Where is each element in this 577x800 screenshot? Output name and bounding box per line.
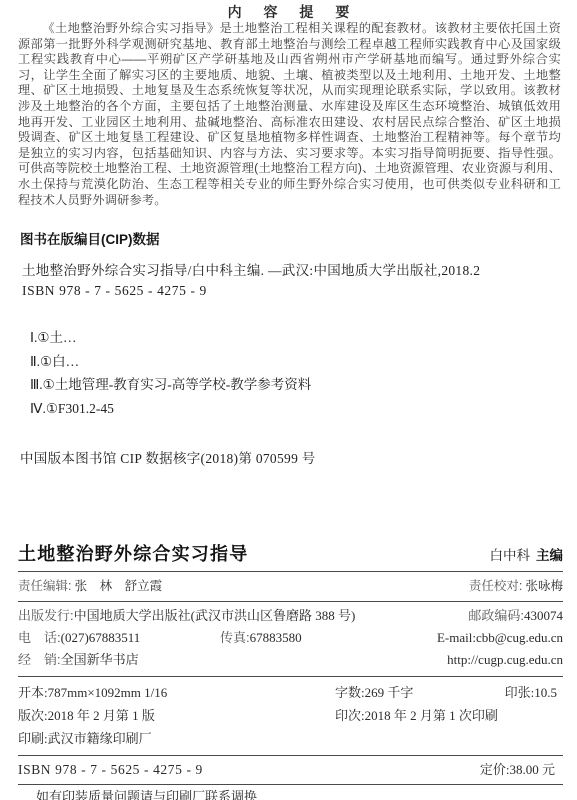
sheets-cell: 印张:10.5 [505,681,557,704]
summary-paragraph: 《土地整治野外综合实习指导》是土地整治工程相关课程的配套教材。该教材主要依托国土… [18,21,561,208]
phone-cell: 电 话:(027)67883511 [18,627,220,649]
price-value: 38.00 元 [509,762,555,777]
phone-value: (027)67883511 [61,630,141,645]
edition-value: 2018 年 2 月第 1 版 [48,708,155,723]
proofreader-name: 张咏梅 [525,579,563,593]
sheets-value: 10.5 [534,685,557,700]
book-copyright-page: 内 容 提 要 《土地整治野外综合实习指导》是土地整治工程相关课程的配套教材。该… [0,0,577,800]
publishing-block: 出版发行:中国地质大学出版社(武汉市洪山区鲁磨路 388 号) 邮政编码:430… [18,602,563,676]
format-row: 开本:787mm×1092mm 1/16 字数:269 千字 印张:10.5 [18,681,563,704]
postcode-value: 430074 [524,608,563,623]
fax-label: 传真: [220,630,250,645]
word-count-cell: 字数:269 千字 [335,681,413,704]
publisher-row: 出版发行:中国地质大学出版社(武汉市洪山区鲁磨路 388 号) 邮政编码:430… [18,605,563,627]
format-value: 787mm×1092mm 1/16 [48,685,168,700]
edition-row: 版次:2018 年 2 月第 1 版 印次:2018 年 2 月第 1 次印刷 [18,704,563,727]
printer-cell: 印刷:武汉市籍缘印刷厂 [18,727,152,750]
price-cell: 定价:38.00 元 [480,761,555,779]
price-label: 定价: [480,762,510,777]
chief-editor-line: 白中科主编 [490,544,564,564]
distributor-row: 经 销:全国新华书店 http://cugp.cug.edu.cn [18,649,563,671]
impression-value: 2018 年 2 月第 1 次印刷 [365,708,498,723]
email-cell: E-mail:cbb@cug.edu.cn [437,627,563,649]
book-title-row: 土地整治野外综合实习指导 白中科主编 [18,540,563,571]
distributor-label: 经 销: [18,652,61,667]
proofreader-cell: 责任校对: 张咏梅 [469,578,563,595]
isbn-value: ISBN 978 - 7 - 5625 - 4275 - 9 [18,761,203,779]
printer-row: 印刷:武汉市籍缘印刷厂 [18,727,563,750]
publisher-cell: 出版发行:中国地质大学出版社(武汉市洪山区鲁磨路 388 号) [18,605,468,627]
word-count-value: 269 千字 [365,685,414,700]
cip-classification-item: Ⅱ.①白… [30,354,311,370]
website-value: http://cugp.cug.edu.cn [447,649,563,671]
colophon-section: 土地整治野外综合实习指导 白中科主编 责任编辑: 张 林 舒立霞 责任校对: 张… [18,540,563,800]
format-cell: 开本:787mm×1092mm 1/16 [18,681,335,704]
fax-cell: 传真:67883580 [220,627,390,649]
cip-title-line: 土地整治野外综合实习指导/白中科主编. —武汉:中国地质大学出版社,2018.2 [22,259,480,279]
editor-cell: 责任编辑: 张 林 舒立霞 [18,578,162,595]
proofreader-label: 责任校对: [469,579,522,593]
edition-cell: 版次:2018 年 2 月第 1 版 [18,704,335,727]
phone-label: 电 话: [18,630,61,645]
chief-editor-role: 主编 [536,548,563,563]
book-title: 土地整治野外综合实习指导 [18,540,248,566]
printer-label: 印刷: [18,731,48,746]
postcode-label: 邮政编码: [468,608,524,623]
distributor-value: 全国新华书店 [61,652,139,667]
cip-isbn-line: ISBN 978 - 7 - 5625 - 4275 - 9 [22,283,207,299]
sheets-label: 印张: [505,685,535,700]
editor-label: 责任编辑: [18,579,71,593]
publisher-value: 中国地质大学出版社(武汉市洪山区鲁磨路 388 号) [74,608,356,623]
word-count-label: 字数: [335,685,365,700]
cip-classification-item: Ⅰ.①土… [30,330,311,346]
postcode-cell: 邮政编码:430074 [468,605,563,627]
isbn-row: ISBN 978 - 7 - 5625 - 4275 - 9 定价:38.00 … [18,756,563,784]
email-label: E-mail: [437,630,476,645]
edition-label: 版次: [18,708,48,723]
cip-classification-item: Ⅲ.①土地管理-教育实习-高等学校-教学参考资料 [30,377,311,393]
printer-value: 武汉市籍缘印刷厂 [48,731,152,746]
staff-row: 责任编辑: 张 林 舒立霞 责任校对: 张咏梅 [18,572,563,601]
phone-row: 电 话:(027)67883511 传真:67883580 E-mail:cbb… [18,627,563,649]
cip-heading: 图书在版编目(CIP)数据 [20,228,160,248]
editor-names: 张 林 舒立霞 [75,579,163,593]
impression-cell: 印次:2018 年 2 月第 1 次印刷 [335,704,563,727]
impression-label: 印次: [335,708,365,723]
chief-editor-name: 白中科 [490,548,531,563]
summary-title: 内 容 提 要 [0,2,577,22]
wordcount-sheets-cell: 字数:269 千字 印张:10.5 [335,681,563,704]
fax-value: 67883580 [250,630,302,645]
quality-notice: 如有印装质量问题请与印刷厂联系调换 [18,785,563,800]
impression-pair: 印次:2018 年 2 月第 1 次印刷 [335,704,498,727]
cip-classification-list: Ⅰ.①土… Ⅱ.①白… Ⅲ.①土地管理-教育实习-高等学校-教学参考资料 Ⅳ.①… [30,330,311,424]
distributor-cell: 经 销:全国新华书店 [18,649,447,671]
format-label: 开本: [18,685,48,700]
publisher-label: 出版发行: [18,608,74,623]
email-value: cbb@cug.edu.cn [476,630,563,645]
cip-record-number: 中国版本图书馆 CIP 数据核字(2018)第 070599 号 [20,447,316,467]
cip-classification-item: Ⅳ.①F301.2-45 [30,401,311,417]
printing-block: 开本:787mm×1092mm 1/16 字数:269 千字 印张:10.5 版… [18,677,563,755]
